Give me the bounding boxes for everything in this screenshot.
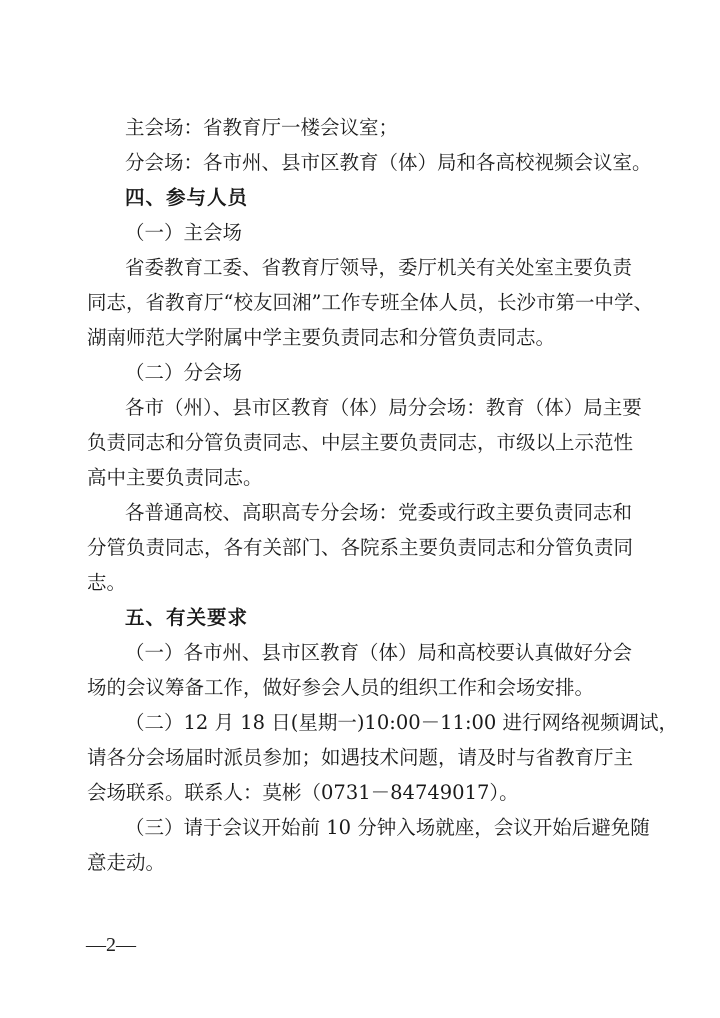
main-venue-line: 主会场：省教育厅一楼会议室； — [87, 110, 647, 145]
paragraph-line: 高中主要负责同志。 — [87, 460, 647, 495]
paragraph-line: 场的会议筹备工作，做好参会人员的组织工作和会场安排。 — [87, 670, 647, 705]
paragraph-line: 负责同志和分管负责同志、中层主要负责同志，市级以上示范性 — [87, 425, 647, 460]
paragraph-line: 省委教育工委、省教育厅领导，委厅机关有关处室主要负责 — [87, 250, 647, 285]
document-body: 主会场：省教育厅一楼会议室； 分会场：各市州、县市区教育（体）局和各高校视频会议… — [87, 110, 647, 880]
subsection-branch-venue: （二）分会场 — [87, 355, 647, 390]
paragraph-line: 分管负责同志，各有关部门、各院系主要负责同志和分管负责同 — [87, 530, 647, 565]
paragraph-line: 会场联系。联系人：莫彬（0731－84749017）。 — [87, 775, 647, 810]
paragraph-line: 各普通高校、高职高专分会场：党委或行政主要负责同志和 — [87, 495, 647, 530]
paragraph-line: 各市（州）、县市区教育（体）局分会场：教育（体）局主要 — [87, 390, 647, 425]
section-heading-requirements: 五、有关要求 — [87, 600, 647, 635]
paragraph-line: （二）12 月 18 日(星期一)10:00－11:00 进行网络视频调试， — [87, 705, 647, 740]
page-number: —2— — [86, 934, 136, 957]
paragraph-line: 同志，省教育厅“校友回湘”工作专班全体人员，长沙市第一中学、 — [87, 285, 647, 320]
section-heading-participants: 四、参与人员 — [87, 180, 647, 215]
paragraph-line: 湖南师范大学附属中学主要负责同志和分管负责同志。 — [87, 320, 647, 355]
paragraph-line: 志。 — [87, 565, 647, 600]
paragraph-line: 意走动。 — [87, 845, 647, 880]
paragraph-line: 请各分会场届时派员参加；如遇技术问题，请及时与省教育厅主 — [87, 740, 647, 775]
branch-venue-line: 分会场：各市州、县市区教育（体）局和各高校视频会议室。 — [87, 145, 647, 180]
paragraph-line: （一）各市州、县市区教育（体）局和高校要认真做好分会 — [87, 635, 647, 670]
paragraph-line: （三）请于会议开始前 10 分钟入场就座，会议开始后避免随 — [87, 810, 647, 845]
subsection-main-venue: （一）主会场 — [87, 215, 647, 250]
